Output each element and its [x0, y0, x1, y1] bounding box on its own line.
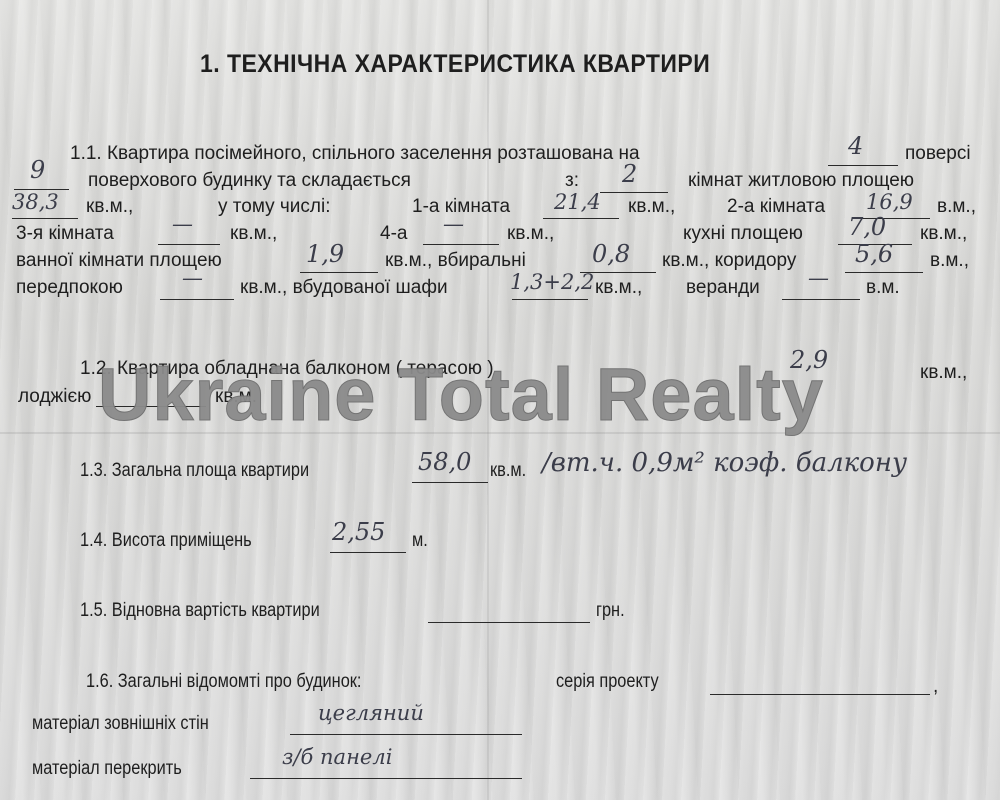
bathroom-unit: кв.м., вбиральні: [385, 250, 526, 272]
walls-label: матеріал зовнішніх стін: [32, 713, 209, 735]
s15-unit: грн.: [596, 600, 625, 622]
hallway-unit: кв.м., вбудованої шафи: [240, 277, 448, 299]
kitchen-label: кухні площею: [683, 223, 803, 245]
s11-line2-label: поверхового будинку та складається: [88, 170, 411, 192]
hallway-label: передпокою: [16, 277, 123, 299]
bathroom-value: 1,9: [306, 240, 344, 268]
s16-label: 1.6. Загальні відомомті про будинок:: [86, 671, 361, 693]
living-area-value: 38,3: [12, 190, 59, 214]
corridor-unit: в.м.,: [930, 250, 969, 272]
room1-unit: кв.м.,: [628, 196, 675, 218]
room4-unit: кв.м.,: [507, 223, 554, 245]
total-area-value: 58,0: [418, 448, 471, 476]
hallway-value: —: [182, 266, 203, 290]
room2-unit: в.м.,: [937, 196, 976, 218]
closet-unit: кв.м.,: [595, 277, 642, 299]
veranda-label: веранди: [686, 277, 760, 299]
ceiling-height-value: 2,55: [332, 518, 385, 546]
veranda-unit: в.м.: [866, 277, 900, 299]
room3-label: 3-я кімната: [16, 223, 114, 245]
living-area-unit: кв.м.,: [86, 196, 133, 218]
floors-total-value: 9: [30, 156, 45, 184]
room3-unit: кв.м.,: [230, 223, 277, 245]
kitchen-unit: кв.м.,: [920, 223, 967, 245]
s12-line1-unit: кв.м.,: [920, 362, 967, 384]
s13-unit: кв.м.: [490, 460, 526, 482]
s14-unit: м.: [412, 530, 428, 552]
kitchen-value: 7,0: [848, 213, 886, 241]
room2-label: 2-а кімната: [727, 196, 825, 218]
floors-material-label: матеріал перекрить: [32, 758, 182, 780]
s11-line1-label: 1.1. Квартира посімейного, спільного зас…: [70, 143, 640, 165]
floor-value: 4: [848, 132, 863, 160]
room4-label: 4-а: [380, 223, 407, 245]
closet-value: 1,3+2,2: [510, 270, 594, 294]
walls-value: цегляний: [318, 701, 424, 725]
room2-value: 16,9: [866, 190, 913, 214]
room4-value: —: [443, 212, 464, 236]
series-label: серія проекту: [556, 671, 659, 693]
toilet-unit: кв.м., коридору: [662, 250, 796, 272]
s11-line3-label: у тому числі:: [218, 196, 331, 218]
floors-material-value: з/б панелі: [282, 745, 392, 769]
s11-line2-mid: з:: [565, 170, 579, 192]
s12-line2-label: лоджією: [18, 386, 91, 408]
rooms-value: 2: [622, 160, 637, 188]
room3-value: —: [172, 212, 193, 236]
s13-handwritten-note: /вт.ч. 0,9м² коэф. балкону: [542, 448, 907, 478]
series-field[interactable]: [710, 672, 930, 695]
corridor-value: 5,6: [855, 240, 893, 268]
veranda-value: —: [808, 266, 829, 290]
s13-label: 1.3. Загальна площа квартири: [80, 460, 309, 482]
watermark: Ukraine Total Realty: [98, 352, 824, 437]
toilet-value: 0,8: [592, 240, 630, 268]
series-comma: ,: [933, 676, 938, 698]
s15-label: 1.5. Відновна вартість квартири: [80, 600, 320, 622]
s11-line2-suffix: кімнат житловою площею: [688, 170, 914, 192]
document-title: 1. ТЕХНІЧНА ХАРАКТЕРИСТИКА КВАРТИРИ: [200, 50, 710, 79]
s11-line1-suffix: поверсі: [905, 143, 971, 165]
room1-value: 21,4: [554, 190, 601, 214]
restoration-value-field[interactable]: [428, 600, 590, 623]
s14-label: 1.4. Висота приміщень: [80, 530, 252, 552]
